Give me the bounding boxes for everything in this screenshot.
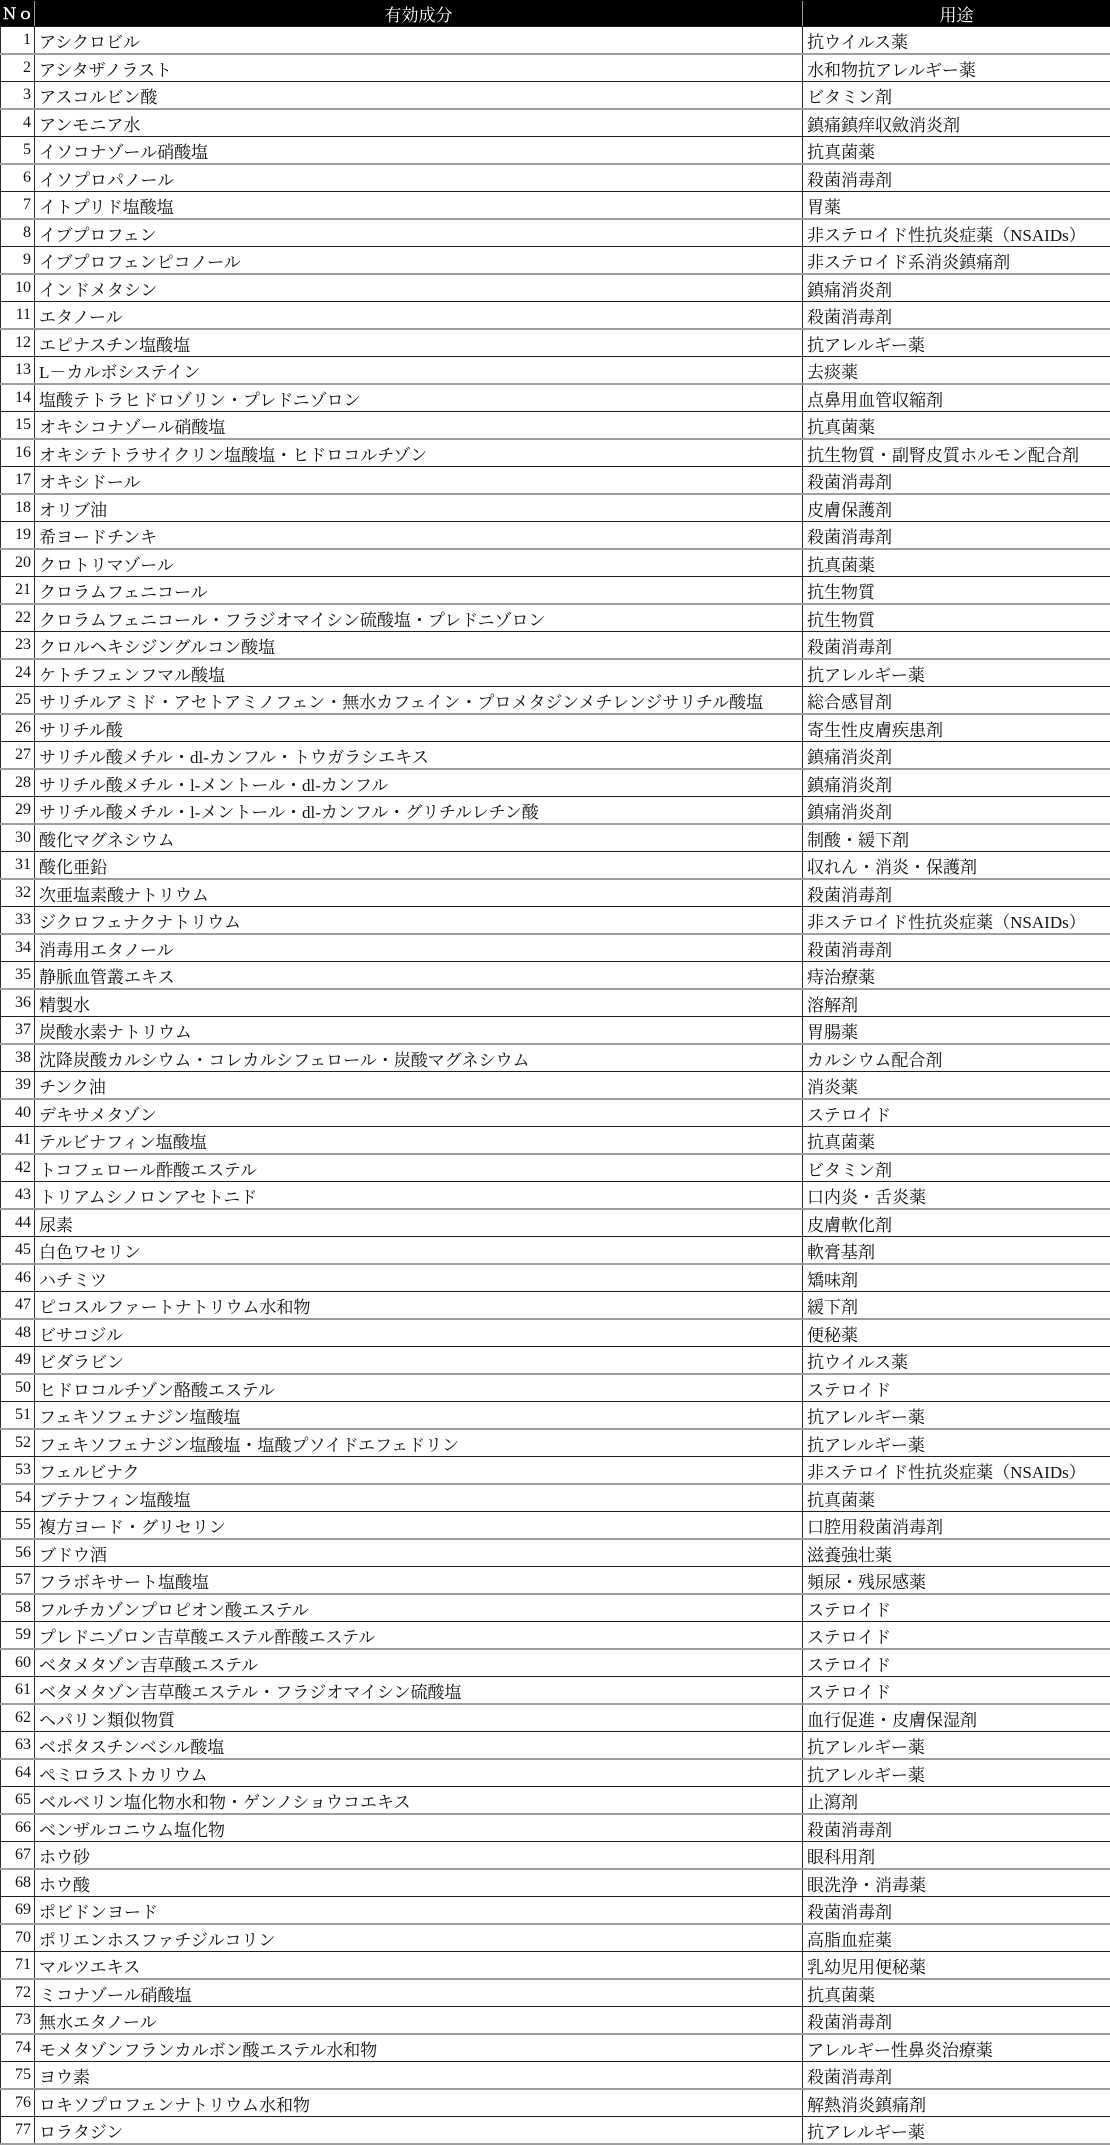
table-row: 34 消毒用エタノール 殺菌消毒剤 — [1, 934, 1110, 962]
row-ingredient: ベポタスチンベシル酸塩 — [35, 1732, 803, 1760]
row-no: 74 — [1, 2034, 35, 2062]
row-ingredient: マルツエキス — [35, 1952, 803, 1980]
table-row: 56 ブドウ酒 滋養強壮薬 — [1, 1539, 1110, 1567]
row-ingredient: サリチルアミド・アセトアミノフェン・無水カフェイン・プロメタジンメチレンジサリチ… — [35, 687, 803, 715]
row-no: 73 — [1, 2007, 35, 2035]
row-ingredient: クロルヘキシジングルコン酸塩 — [35, 632, 803, 660]
row-no: 44 — [1, 1209, 35, 1237]
row-ingredient: イソプロパノール — [35, 164, 803, 192]
row-no: 8 — [1, 219, 35, 247]
table-row: 12 エピナスチン塩酸塩 抗アレルギー薬 — [1, 329, 1110, 357]
table-row: 32 次亜塩素酸ナトリウム 殺菌消毒剤 — [1, 879, 1110, 907]
row-use: 非ステロイド性抗炎症薬（NSAIDs） — [803, 1457, 1110, 1485]
row-no: 55 — [1, 1512, 35, 1540]
table-row: 3 アスコルビン酸 ビタミン剤 — [1, 82, 1110, 110]
row-ingredient: アシクロビル — [35, 27, 803, 55]
row-use: ビタミン剤 — [803, 82, 1110, 110]
row-use: 抗真菌薬 — [803, 1979, 1110, 2007]
row-use: 軟膏基剤 — [803, 1237, 1110, 1265]
table-row: 35 静脈血管叢エキス 痔治療薬 — [1, 962, 1110, 990]
row-use: 抗真菌薬 — [803, 137, 1110, 165]
row-ingredient: ペミロラストカリウム — [35, 1759, 803, 1787]
row-ingredient: サリチル酸メチル・dl-カンフル・トウガラシエキス — [35, 742, 803, 770]
table-row: 4 アンモニア水 鎮痛鎮痒収斂消炎剤 — [1, 109, 1110, 137]
row-ingredient: ロキソプロフェンナトリウム水和物 — [35, 2089, 803, 2117]
row-use: 殺菌消毒剤 — [803, 467, 1110, 495]
row-use: 口腔用殺菌消毒剤 — [803, 1512, 1110, 1540]
table-row: 68 ホウ酸 眼洗浄・消毒薬 — [1, 1869, 1110, 1897]
row-no: 54 — [1, 1484, 35, 1512]
row-use: 鎮痛消炎剤 — [803, 769, 1110, 797]
table-row: 55 複方ヨード・グリセリン 口腔用殺菌消毒剤 — [1, 1512, 1110, 1540]
row-no: 13 — [1, 357, 35, 385]
row-ingredient: ミコナゾール硝酸塩 — [35, 1979, 803, 2007]
table-row: 41 テルビナフィン塩酸塩 抗真菌薬 — [1, 1127, 1110, 1155]
row-use: 止瀉剤 — [803, 1787, 1110, 1815]
row-no: 9 — [1, 247, 35, 275]
row-no: 59 — [1, 1622, 35, 1650]
row-no: 75 — [1, 2062, 35, 2090]
row-no: 3 — [1, 82, 35, 110]
row-no: 43 — [1, 1182, 35, 1210]
row-use: 収れん・消炎・保護剤 — [803, 852, 1110, 880]
table-row: 54 ブテナフィン塩酸塩 抗真菌薬 — [1, 1484, 1110, 1512]
row-no: 34 — [1, 934, 35, 962]
table-row: 28 サリチル酸メチル・l-メントール・dl-カンフル 鎮痛消炎剤 — [1, 769, 1110, 797]
row-ingredient: ロラタジン — [35, 2117, 803, 2145]
row-no: 42 — [1, 1154, 35, 1182]
row-use: 消炎薬 — [803, 1072, 1110, 1100]
row-ingredient: ヒドロコルチゾン酪酸エステル — [35, 1374, 803, 1402]
table-row: 5 イソコナゾール硝酸塩 抗真菌薬 — [1, 137, 1110, 165]
row-ingredient: ハチミツ — [35, 1264, 803, 1292]
row-use: 制酸・緩下剤 — [803, 824, 1110, 852]
row-no: 6 — [1, 164, 35, 192]
row-ingredient: サリチル酸 — [35, 714, 803, 742]
row-no: 26 — [1, 714, 35, 742]
row-ingredient: プレドニゾロン吉草酸エステル酢酸エステル — [35, 1622, 803, 1650]
row-use: 緩下剤 — [803, 1292, 1110, 1320]
row-ingredient: イブプロフェンピコノール — [35, 247, 803, 275]
table-row: 45 白色ワセリン 軟膏基剤 — [1, 1237, 1110, 1265]
table-row: 21 クロラムフェニコール 抗生物質 — [1, 577, 1110, 605]
document-page: Ｎｏ 有効成分 用途 1 アシクロビル 抗ウイルス薬 2 アシタザノラスト 水和… — [0, 0, 1110, 2145]
table-row: 53 フェルビナク 非ステロイド性抗炎症薬（NSAIDs） — [1, 1457, 1110, 1485]
row-ingredient: 次亜塩素酸ナトリウム — [35, 879, 803, 907]
row-no: 35 — [1, 962, 35, 990]
table-row: 6 イソプロパノール 殺菌消毒剤 — [1, 164, 1110, 192]
row-ingredient: アシタザノラスト — [35, 54, 803, 82]
row-use: 便秘薬 — [803, 1319, 1110, 1347]
row-no: 69 — [1, 1897, 35, 1925]
row-no: 11 — [1, 302, 35, 330]
table-row: 17 オキシドール 殺菌消毒剤 — [1, 467, 1110, 495]
row-ingredient: ヘパリン類似物質 — [35, 1704, 803, 1732]
table-row: 38 沈降炭酸カルシウム・コレカルシフェロール・炭酸マグネシウム カルシウム配合… — [1, 1044, 1110, 1072]
table-row: 60 ベタメタゾン吉草酸エステル ステロイド — [1, 1649, 1110, 1677]
row-use: 鎮痛消炎剤 — [803, 797, 1110, 825]
row-use: 鎮痛鎮痒収斂消炎剤 — [803, 109, 1110, 137]
table-row: 50 ヒドロコルチゾン酪酸エステル ステロイド — [1, 1374, 1110, 1402]
row-use: 水和物抗アレルギー薬 — [803, 54, 1110, 82]
row-use: 抗生物質 — [803, 577, 1110, 605]
row-ingredient: 酸化亜鉛 — [35, 852, 803, 880]
row-no: 20 — [1, 549, 35, 577]
row-ingredient: アンモニア水 — [35, 109, 803, 137]
row-no: 29 — [1, 797, 35, 825]
table-row: 23 クロルヘキシジングルコン酸塩 殺菌消毒剤 — [1, 632, 1110, 660]
row-use: 解熱消炎鎮痛剤 — [803, 2089, 1110, 2117]
table-row: 44 尿素 皮膚軟化剤 — [1, 1209, 1110, 1237]
row-ingredient: ブテナフィン塩酸塩 — [35, 1484, 803, 1512]
table-row: 16 オキシテトラサイクリン塩酸塩・ヒドロコルチゾン 抗生物質・副腎皮質ホルモン… — [1, 439, 1110, 467]
table-row: 64 ペミロラストカリウム 抗アレルギー薬 — [1, 1759, 1110, 1787]
row-no: 52 — [1, 1429, 35, 1457]
row-ingredient: サリチル酸メチル・l-メントール・dl-カンフル — [35, 769, 803, 797]
row-use: カルシウム配合剤 — [803, 1044, 1110, 1072]
table-row: 11 エタノール 殺菌消毒剤 — [1, 302, 1110, 330]
row-no: 2 — [1, 54, 35, 82]
row-no: 56 — [1, 1539, 35, 1567]
row-use: 胃腸薬 — [803, 1017, 1110, 1045]
table-row: 1 アシクロビル 抗ウイルス薬 — [1, 27, 1110, 55]
table-row: 20 クロトリマゾール 抗真菌薬 — [1, 549, 1110, 577]
row-use: ステロイド — [803, 1622, 1110, 1650]
row-use: 溶解剤 — [803, 989, 1110, 1017]
table-row: 72 ミコナゾール硝酸塩 抗真菌薬 — [1, 1979, 1110, 2007]
row-ingredient: クロラムフェニコール — [35, 577, 803, 605]
table-row: 42 トコフェロール酢酸エステル ビタミン剤 — [1, 1154, 1110, 1182]
table-row: 63 ベポタスチンベシル酸塩 抗アレルギー薬 — [1, 1732, 1110, 1760]
row-ingredient: サリチル酸メチル・l-メントール・dl-カンフル・グリチルレチン酸 — [35, 797, 803, 825]
table-row: 9 イブプロフェンピコノール 非ステロイド系消炎鎮痛剤 — [1, 247, 1110, 275]
row-use: 抗真菌薬 — [803, 412, 1110, 440]
row-ingredient: ブドウ酒 — [35, 1539, 803, 1567]
row-no: 49 — [1, 1347, 35, 1375]
row-ingredient: クロトリマゾール — [35, 549, 803, 577]
table-row: 10 インドメタシン 鎮痛消炎剤 — [1, 274, 1110, 302]
row-no: 21 — [1, 577, 35, 605]
row-no: 47 — [1, 1292, 35, 1320]
row-use: 非ステロイド性抗炎症薬（NSAIDs） — [803, 907, 1110, 935]
table-row: 25 サリチルアミド・アセトアミノフェン・無水カフェイン・プロメタジンメチレンジ… — [1, 687, 1110, 715]
row-no: 5 — [1, 137, 35, 165]
table-row: 59 プレドニゾロン吉草酸エステル酢酸エステル ステロイド — [1, 1622, 1110, 1650]
row-no: 76 — [1, 2089, 35, 2117]
row-ingredient: 消毒用エタノール — [35, 934, 803, 962]
row-ingredient: フラボキサート塩酸塩 — [35, 1567, 803, 1595]
table-header: Ｎｏ 有効成分 用途 — [1, 1, 1110, 27]
row-use: 殺菌消毒剤 — [803, 879, 1110, 907]
row-use: 抗アレルギー薬 — [803, 1429, 1110, 1457]
row-no: 18 — [1, 494, 35, 522]
row-use: 抗アレルギー薬 — [803, 659, 1110, 687]
table-row: 2 アシタザノラスト 水和物抗アレルギー薬 — [1, 54, 1110, 82]
row-ingredient: モメタゾンフランカルボン酸エステル水和物 — [35, 2034, 803, 2062]
table-row: 67 ホウ砂 眼科用剤 — [1, 1842, 1110, 1870]
row-ingredient: ケトチフェンフマル酸塩 — [35, 659, 803, 687]
table-row: 24 ケトチフェンフマル酸塩 抗アレルギー薬 — [1, 659, 1110, 687]
row-no: 48 — [1, 1319, 35, 1347]
table-row: 61 ベタメタゾン吉草酸エステル・フラジオマイシン硫酸塩 ステロイド — [1, 1677, 1110, 1705]
row-use: 殺菌消毒剤 — [803, 632, 1110, 660]
row-no: 71 — [1, 1952, 35, 1980]
row-ingredient: フェキソフェナジン塩酸塩 — [35, 1402, 803, 1430]
row-ingredient: フルチカゾンプロピオン酸エステル — [35, 1594, 803, 1622]
row-no: 30 — [1, 824, 35, 852]
row-ingredient: エタノール — [35, 302, 803, 330]
row-ingredient: ビサコジル — [35, 1319, 803, 1347]
table-row: 69 ポビドンヨード 殺菌消毒剤 — [1, 1897, 1110, 1925]
row-ingredient: インドメタシン — [35, 274, 803, 302]
row-ingredient: ポリエンホスファチジルコリン — [35, 1924, 803, 1952]
row-ingredient: フェルビナク — [35, 1457, 803, 1485]
row-no: 22 — [1, 604, 35, 632]
row-no: 38 — [1, 1044, 35, 1072]
row-ingredient: トリアムシノロンアセトニド — [35, 1182, 803, 1210]
row-no: 1 — [1, 27, 35, 55]
table-body: 1 アシクロビル 抗ウイルス薬 2 アシタザノラスト 水和物抗アレルギー薬 3 … — [1, 27, 1110, 2145]
table-row: 62 ヘパリン類似物質 血行促進・皮膚保湿剤 — [1, 1704, 1110, 1732]
row-ingredient: ジクロフェナクナトリウム — [35, 907, 803, 935]
row-use: ステロイド — [803, 1374, 1110, 1402]
row-no: 17 — [1, 467, 35, 495]
row-ingredient: オキシコナゾール硝酸塩 — [35, 412, 803, 440]
table-row: 39 チンク油 消炎薬 — [1, 1072, 1110, 1100]
row-use: 頻尿・残尿感薬 — [803, 1567, 1110, 1595]
header-row: Ｎｏ 有効成分 用途 — [1, 1, 1110, 27]
row-use: 眼科用剤 — [803, 1842, 1110, 1870]
row-use: 抗生物質・副腎皮質ホルモン配合剤 — [803, 439, 1110, 467]
row-use: 血行促進・皮膚保湿剤 — [803, 1704, 1110, 1732]
row-use: 抗真菌薬 — [803, 1484, 1110, 1512]
row-no: 41 — [1, 1127, 35, 1155]
row-ingredient: L－カルボシステイン — [35, 357, 803, 385]
row-ingredient: トコフェロール酢酸エステル — [35, 1154, 803, 1182]
table-row: 52 フェキソフェナジン塩酸塩・塩酸プソイドエフェドリン 抗アレルギー薬 — [1, 1429, 1110, 1457]
row-no: 39 — [1, 1072, 35, 1100]
row-use: 痔治療薬 — [803, 962, 1110, 990]
row-ingredient: エピナスチン塩酸塩 — [35, 329, 803, 357]
table-row: 43 トリアムシノロンアセトニド 口内炎・舌炎薬 — [1, 1182, 1110, 1210]
table-row: 29 サリチル酸メチル・l-メントール・dl-カンフル・グリチルレチン酸 鎮痛消… — [1, 797, 1110, 825]
table-row: 48 ビサコジル 便秘薬 — [1, 1319, 1110, 1347]
row-ingredient: 炭酸水素ナトリウム — [35, 1017, 803, 1045]
table-row: 19 希ヨードチンキ 殺菌消毒剤 — [1, 522, 1110, 550]
col-header-use: 用途 — [803, 1, 1110, 27]
row-ingredient: ホウ砂 — [35, 1842, 803, 1870]
row-use: 非ステロイド性抗炎症薬（NSAIDs） — [803, 219, 1110, 247]
row-use: 口内炎・舌炎薬 — [803, 1182, 1110, 1210]
row-ingredient: 精製水 — [35, 989, 803, 1017]
row-use: ビタミン剤 — [803, 1154, 1110, 1182]
row-no: 65 — [1, 1787, 35, 1815]
row-no: 64 — [1, 1759, 35, 1787]
row-ingredient: オキシドール — [35, 467, 803, 495]
col-header-no: Ｎｏ — [1, 1, 35, 27]
row-no: 24 — [1, 659, 35, 687]
row-use: 乳幼児用便秘薬 — [803, 1952, 1110, 1980]
table-row: 73 無水エタノール 殺菌消毒剤 — [1, 2007, 1110, 2035]
row-ingredient: フェキソフェナジン塩酸塩・塩酸プソイドエフェドリン — [35, 1429, 803, 1457]
row-use: 非ステロイド系消炎鎮痛剤 — [803, 247, 1110, 275]
table-row: 75 ヨウ素 殺菌消毒剤 — [1, 2062, 1110, 2090]
row-ingredient: 白色ワセリン — [35, 1237, 803, 1265]
row-use: ステロイド — [803, 1649, 1110, 1677]
row-use: 抗アレルギー薬 — [803, 2117, 1110, 2145]
row-no: 28 — [1, 769, 35, 797]
table-row: 49 ビダラビン 抗ウイルス薬 — [1, 1347, 1110, 1375]
table-row: 66 ベンザルコニウム塩化物 殺菌消毒剤 — [1, 1814, 1110, 1842]
row-use: 皮膚軟化剤 — [803, 1209, 1110, 1237]
row-ingredient: 塩酸テトラヒドロゾリン・プレドニゾロン — [35, 384, 803, 412]
row-no: 70 — [1, 1924, 35, 1952]
row-use: 殺菌消毒剤 — [803, 2007, 1110, 2035]
row-no: 31 — [1, 852, 35, 880]
table-row: 46 ハチミツ 矯味剤 — [1, 1264, 1110, 1292]
row-ingredient: ベンザルコニウム塩化物 — [35, 1814, 803, 1842]
row-use: 総合感冒剤 — [803, 687, 1110, 715]
table-row: 15 オキシコナゾール硝酸塩 抗真菌薬 — [1, 412, 1110, 440]
table-row: 7 イトプリド塩酸塩 胃薬 — [1, 192, 1110, 220]
row-use: 抗生物質 — [803, 604, 1110, 632]
table-row: 13 L－カルボシステイン 去痰薬 — [1, 357, 1110, 385]
table-row: 18 オリブ油 皮膚保護剤 — [1, 494, 1110, 522]
row-no: 67 — [1, 1842, 35, 1870]
row-no: 7 — [1, 192, 35, 220]
row-no: 37 — [1, 1017, 35, 1045]
row-no: 63 — [1, 1732, 35, 1760]
row-use: 殺菌消毒剤 — [803, 522, 1110, 550]
row-use: 抗アレルギー薬 — [803, 1732, 1110, 1760]
row-no: 50 — [1, 1374, 35, 1402]
row-ingredient: ベタメタゾン吉草酸エステル — [35, 1649, 803, 1677]
table-row: 76 ロキソプロフェンナトリウム水和物 解熱消炎鎮痛剤 — [1, 2089, 1110, 2117]
row-no: 66 — [1, 1814, 35, 1842]
row-no: 53 — [1, 1457, 35, 1485]
table-row: 65 ベルベリン塩化物水和物・ゲンノショウコエキス 止瀉剤 — [1, 1787, 1110, 1815]
row-no: 25 — [1, 687, 35, 715]
row-no: 15 — [1, 412, 35, 440]
row-no: 77 — [1, 2117, 35, 2145]
row-no: 10 — [1, 274, 35, 302]
row-no: 33 — [1, 907, 35, 935]
row-ingredient: ビダラビン — [35, 1347, 803, 1375]
row-no: 61 — [1, 1677, 35, 1705]
row-ingredient: ベタメタゾン吉草酸エステル・フラジオマイシン硫酸塩 — [35, 1677, 803, 1705]
table-row: 70 ポリエンホスファチジルコリン 高脂血症薬 — [1, 1924, 1110, 1952]
row-ingredient: 希ヨードチンキ — [35, 522, 803, 550]
table-row: 27 サリチル酸メチル・dl-カンフル・トウガラシエキス 鎮痛消炎剤 — [1, 742, 1110, 770]
row-ingredient: チンク油 — [35, 1072, 803, 1100]
row-use: 殺菌消毒剤 — [803, 164, 1110, 192]
row-ingredient: 無水エタノール — [35, 2007, 803, 2035]
row-ingredient: ベルベリン塩化物水和物・ゲンノショウコエキス — [35, 1787, 803, 1815]
table-row: 77 ロラタジン 抗アレルギー薬 — [1, 2117, 1110, 2145]
row-no: 60 — [1, 1649, 35, 1677]
table-row: 36 精製水 溶解剤 — [1, 989, 1110, 1017]
table-row: 71 マルツエキス 乳幼児用便秘薬 — [1, 1952, 1110, 1980]
row-no: 12 — [1, 329, 35, 357]
row-ingredient: ピコスルファートナトリウム水和物 — [35, 1292, 803, 1320]
row-use: 点鼻用血管収縮剤 — [803, 384, 1110, 412]
row-no: 51 — [1, 1402, 35, 1430]
table-row: 14 塩酸テトラヒドロゾリン・プレドニゾロン 点鼻用血管収縮剤 — [1, 384, 1110, 412]
row-ingredient: デキサメタゾン — [35, 1099, 803, 1127]
row-ingredient: 尿素 — [35, 1209, 803, 1237]
row-ingredient: 静脈血管叢エキス — [35, 962, 803, 990]
row-no: 16 — [1, 439, 35, 467]
row-ingredient: ホウ酸 — [35, 1869, 803, 1897]
row-use: ステロイド — [803, 1594, 1110, 1622]
row-use: ステロイド — [803, 1677, 1110, 1705]
row-use: 抗アレルギー薬 — [803, 329, 1110, 357]
row-ingredient: オキシテトラサイクリン塩酸塩・ヒドロコルチゾン — [35, 439, 803, 467]
row-no: 27 — [1, 742, 35, 770]
row-no: 36 — [1, 989, 35, 1017]
row-ingredient: クロラムフェニコール・フラジオマイシン硫酸塩・プレドニゾロン — [35, 604, 803, 632]
row-use: 抗アレルギー薬 — [803, 1402, 1110, 1430]
table-row: 58 フルチカゾンプロピオン酸エステル ステロイド — [1, 1594, 1110, 1622]
row-use: 抗ウイルス薬 — [803, 1347, 1110, 1375]
table-row: 51 フェキソフェナジン塩酸塩 抗アレルギー薬 — [1, 1402, 1110, 1430]
row-no: 62 — [1, 1704, 35, 1732]
row-ingredient: 酸化マグネシウム — [35, 824, 803, 852]
row-use: アレルギー性鼻炎治療薬 — [803, 2034, 1110, 2062]
row-ingredient: イソコナゾール硝酸塩 — [35, 137, 803, 165]
row-no: 57 — [1, 1567, 35, 1595]
row-no: 68 — [1, 1869, 35, 1897]
row-no: 23 — [1, 632, 35, 660]
row-use: 抗真菌薬 — [803, 549, 1110, 577]
row-ingredient: イトプリド塩酸塩 — [35, 192, 803, 220]
table-row: 22 クロラムフェニコール・フラジオマイシン硫酸塩・プレドニゾロン 抗生物質 — [1, 604, 1110, 632]
table-row: 31 酸化亜鉛 収れん・消炎・保護剤 — [1, 852, 1110, 880]
row-no: 32 — [1, 879, 35, 907]
row-no: 58 — [1, 1594, 35, 1622]
row-use: 鎮痛消炎剤 — [803, 742, 1110, 770]
row-use: 高脂血症薬 — [803, 1924, 1110, 1952]
row-ingredient: 沈降炭酸カルシウム・コレカルシフェロール・炭酸マグネシウム — [35, 1044, 803, 1072]
row-ingredient: ヨウ素 — [35, 2062, 803, 2090]
row-use: 胃薬 — [803, 192, 1110, 220]
ingredients-table: Ｎｏ 有効成分 用途 1 アシクロビル 抗ウイルス薬 2 アシタザノラスト 水和… — [0, 0, 1110, 2145]
row-use: 殺菌消毒剤 — [803, 302, 1110, 330]
row-ingredient: ポビドンヨード — [35, 1897, 803, 1925]
row-ingredient: テルビナフィン塩酸塩 — [35, 1127, 803, 1155]
row-use: 殺菌消毒剤 — [803, 934, 1110, 962]
row-use: 矯味剤 — [803, 1264, 1110, 1292]
row-use: 滋養強壮薬 — [803, 1539, 1110, 1567]
row-no: 4 — [1, 109, 35, 137]
row-ingredient: オリブ油 — [35, 494, 803, 522]
row-ingredient: 複方ヨード・グリセリン — [35, 1512, 803, 1540]
row-no: 46 — [1, 1264, 35, 1292]
row-use: 眼洗浄・消毒薬 — [803, 1869, 1110, 1897]
row-no: 14 — [1, 384, 35, 412]
row-no: 19 — [1, 522, 35, 550]
row-use: 寄生性皮膚疾患剤 — [803, 714, 1110, 742]
row-use: 抗アレルギー薬 — [803, 1759, 1110, 1787]
row-ingredient: アスコルビン酸 — [35, 82, 803, 110]
col-header-ingredient: 有効成分 — [35, 1, 803, 27]
row-no: 72 — [1, 1979, 35, 2007]
row-ingredient: イブプロフェン — [35, 219, 803, 247]
row-use: 去痰薬 — [803, 357, 1110, 385]
row-use: 殺菌消毒剤 — [803, 1814, 1110, 1842]
table-row: 74 モメタゾンフランカルボン酸エステル水和物 アレルギー性鼻炎治療薬 — [1, 2034, 1110, 2062]
row-no: 45 — [1, 1237, 35, 1265]
